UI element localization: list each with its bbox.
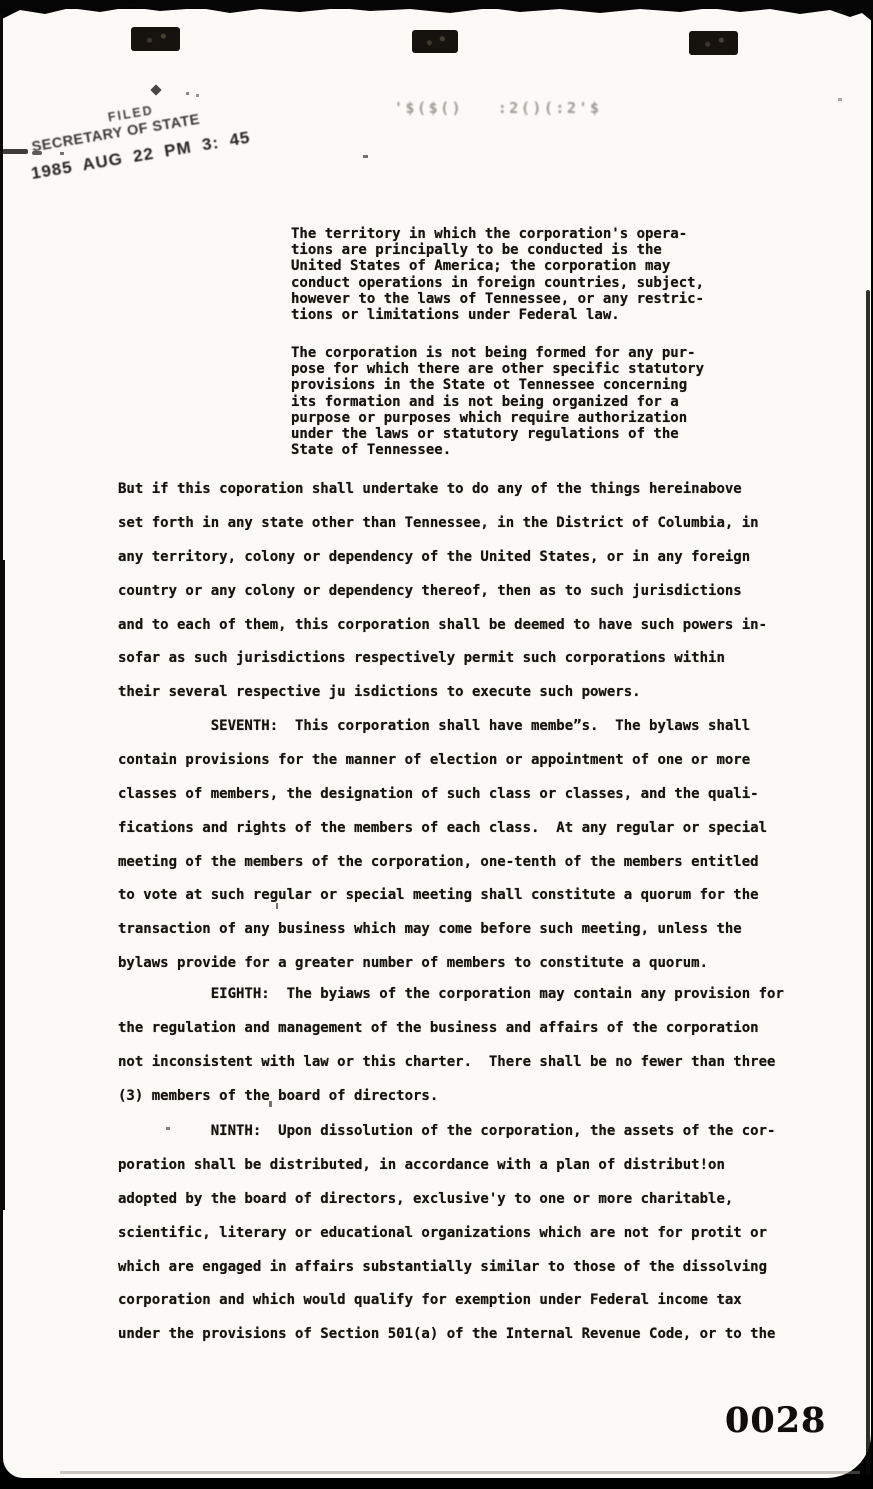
text-line: and to each of them, this corporation sh… [118, 609, 767, 643]
text-line: under the provisions of Section 501(a) o… [118, 1318, 775, 1352]
text-line: pose for which there are other specific … [291, 361, 704, 377]
text-line: State of Tennessee. [291, 442, 704, 458]
scan-speck [32, 151, 42, 155]
text-line: scientific, literary or educational orga… [118, 1217, 775, 1251]
scan-smudge [60, 1471, 860, 1474]
text-line: EIGHTH: The byiaws of the corporation ma… [118, 978, 784, 1012]
left-edge-strip [0, 560, 5, 1210]
scan-speck [186, 92, 189, 95]
text-line: contain provisions for the manner of ele… [118, 744, 767, 778]
text-line: their several respective ju isdictions t… [118, 676, 767, 710]
scan-speck [60, 152, 64, 155]
text-line: classes of members, the designation of s… [118, 778, 767, 812]
text-line: The territory in which the corporation's… [291, 226, 704, 242]
text-line: not inconsistent with law or this charte… [118, 1046, 784, 1080]
text-line: set forth in any state other than Tennes… [118, 507, 767, 541]
right-edge-line [866, 290, 870, 1475]
text-line: fications and rights of the members of e… [118, 812, 767, 846]
text-line: meeting of the members of the corporatio… [118, 846, 767, 880]
scan-speck [196, 94, 199, 97]
body-paragraph: But if this coporation shall undertake t… [118, 473, 767, 710]
tape-mark [689, 31, 738, 55]
text-line: the regulation and management of the bus… [118, 1012, 784, 1046]
text-line: purpose or purposes which require author… [291, 410, 704, 426]
text-line: United States of America; the corporatio… [291, 258, 704, 274]
scan-speck [269, 1101, 272, 1107]
text-line: bylaws provide for a greater number of m… [118, 947, 767, 981]
text-line: its formation and is not being organized… [291, 394, 704, 410]
text-line: adopted by the board of directors, exclu… [118, 1183, 775, 1217]
body-paragraph-seventh: SEVENTH: This corporation shall have mem… [118, 710, 767, 981]
text-line: however to the laws of Tennessee, or any… [291, 291, 704, 307]
left-edge-strip [0, 1210, 3, 1462]
text-line: conduct operations in foreign countries,… [291, 275, 704, 291]
indented-paragraph: The corporation is not being formed for … [291, 345, 704, 458]
text-line: corporation and which would qualify for … [118, 1284, 775, 1318]
text-line: (3) members of the board of directors. [118, 1080, 784, 1114]
left-edge-strip [0, 14, 3, 560]
scan-speck [276, 903, 278, 909]
text-line: provisions in the State ot Tennessee con… [291, 377, 704, 393]
text-line: country or any colony or dependency ther… [118, 575, 767, 609]
faint-stamp-text: '$($() :2()(:2'$ [394, 99, 602, 117]
text-line: SEVENTH: This corporation shall have mem… [118, 710, 767, 744]
text-line: any territory, colony or dependency of t… [118, 541, 767, 575]
scanned-document-page: '$($() :2()(:2'$ FILED SECRETARY OF STAT… [0, 0, 873, 1489]
text-line: transaction of any business which may co… [118, 913, 767, 947]
text-line: which are engaged in affairs substantial… [118, 1251, 775, 1285]
text-line: poration shall be distributed, in accord… [118, 1149, 775, 1183]
tape-mark [131, 27, 180, 51]
text-line: But if this coporation shall undertake t… [118, 473, 767, 507]
text-line: The corporation is not being formed for … [291, 345, 704, 361]
tape-mark [412, 30, 458, 53]
text-line: NINTH: Upon dissolution of the corporati… [118, 1115, 775, 1149]
text-line: under the laws or statutory regulations … [291, 426, 704, 442]
torn-edge-top [0, 0, 873, 28]
text-line: tions or limitations under Federal law. [291, 307, 704, 323]
page-number: 0028 [725, 1400, 826, 1441]
scan-speck [2, 149, 28, 154]
body-paragraph-ninth: NINTH: Upon dissolution of the corporati… [118, 1115, 775, 1352]
text-line: to vote at such regular or special meeti… [118, 879, 767, 913]
scan-speck [363, 155, 368, 158]
scan-speck [838, 98, 842, 101]
text-line: sofar as such jurisdictions respectively… [118, 642, 767, 676]
indented-paragraph: The territory in which the corporation's… [291, 226, 704, 323]
text-line: tions are principally to be conducted is… [291, 242, 704, 258]
scan-speck [166, 1127, 170, 1130]
body-paragraph-eighth: EIGHTH: The byiaws of the corporation ma… [118, 978, 784, 1114]
